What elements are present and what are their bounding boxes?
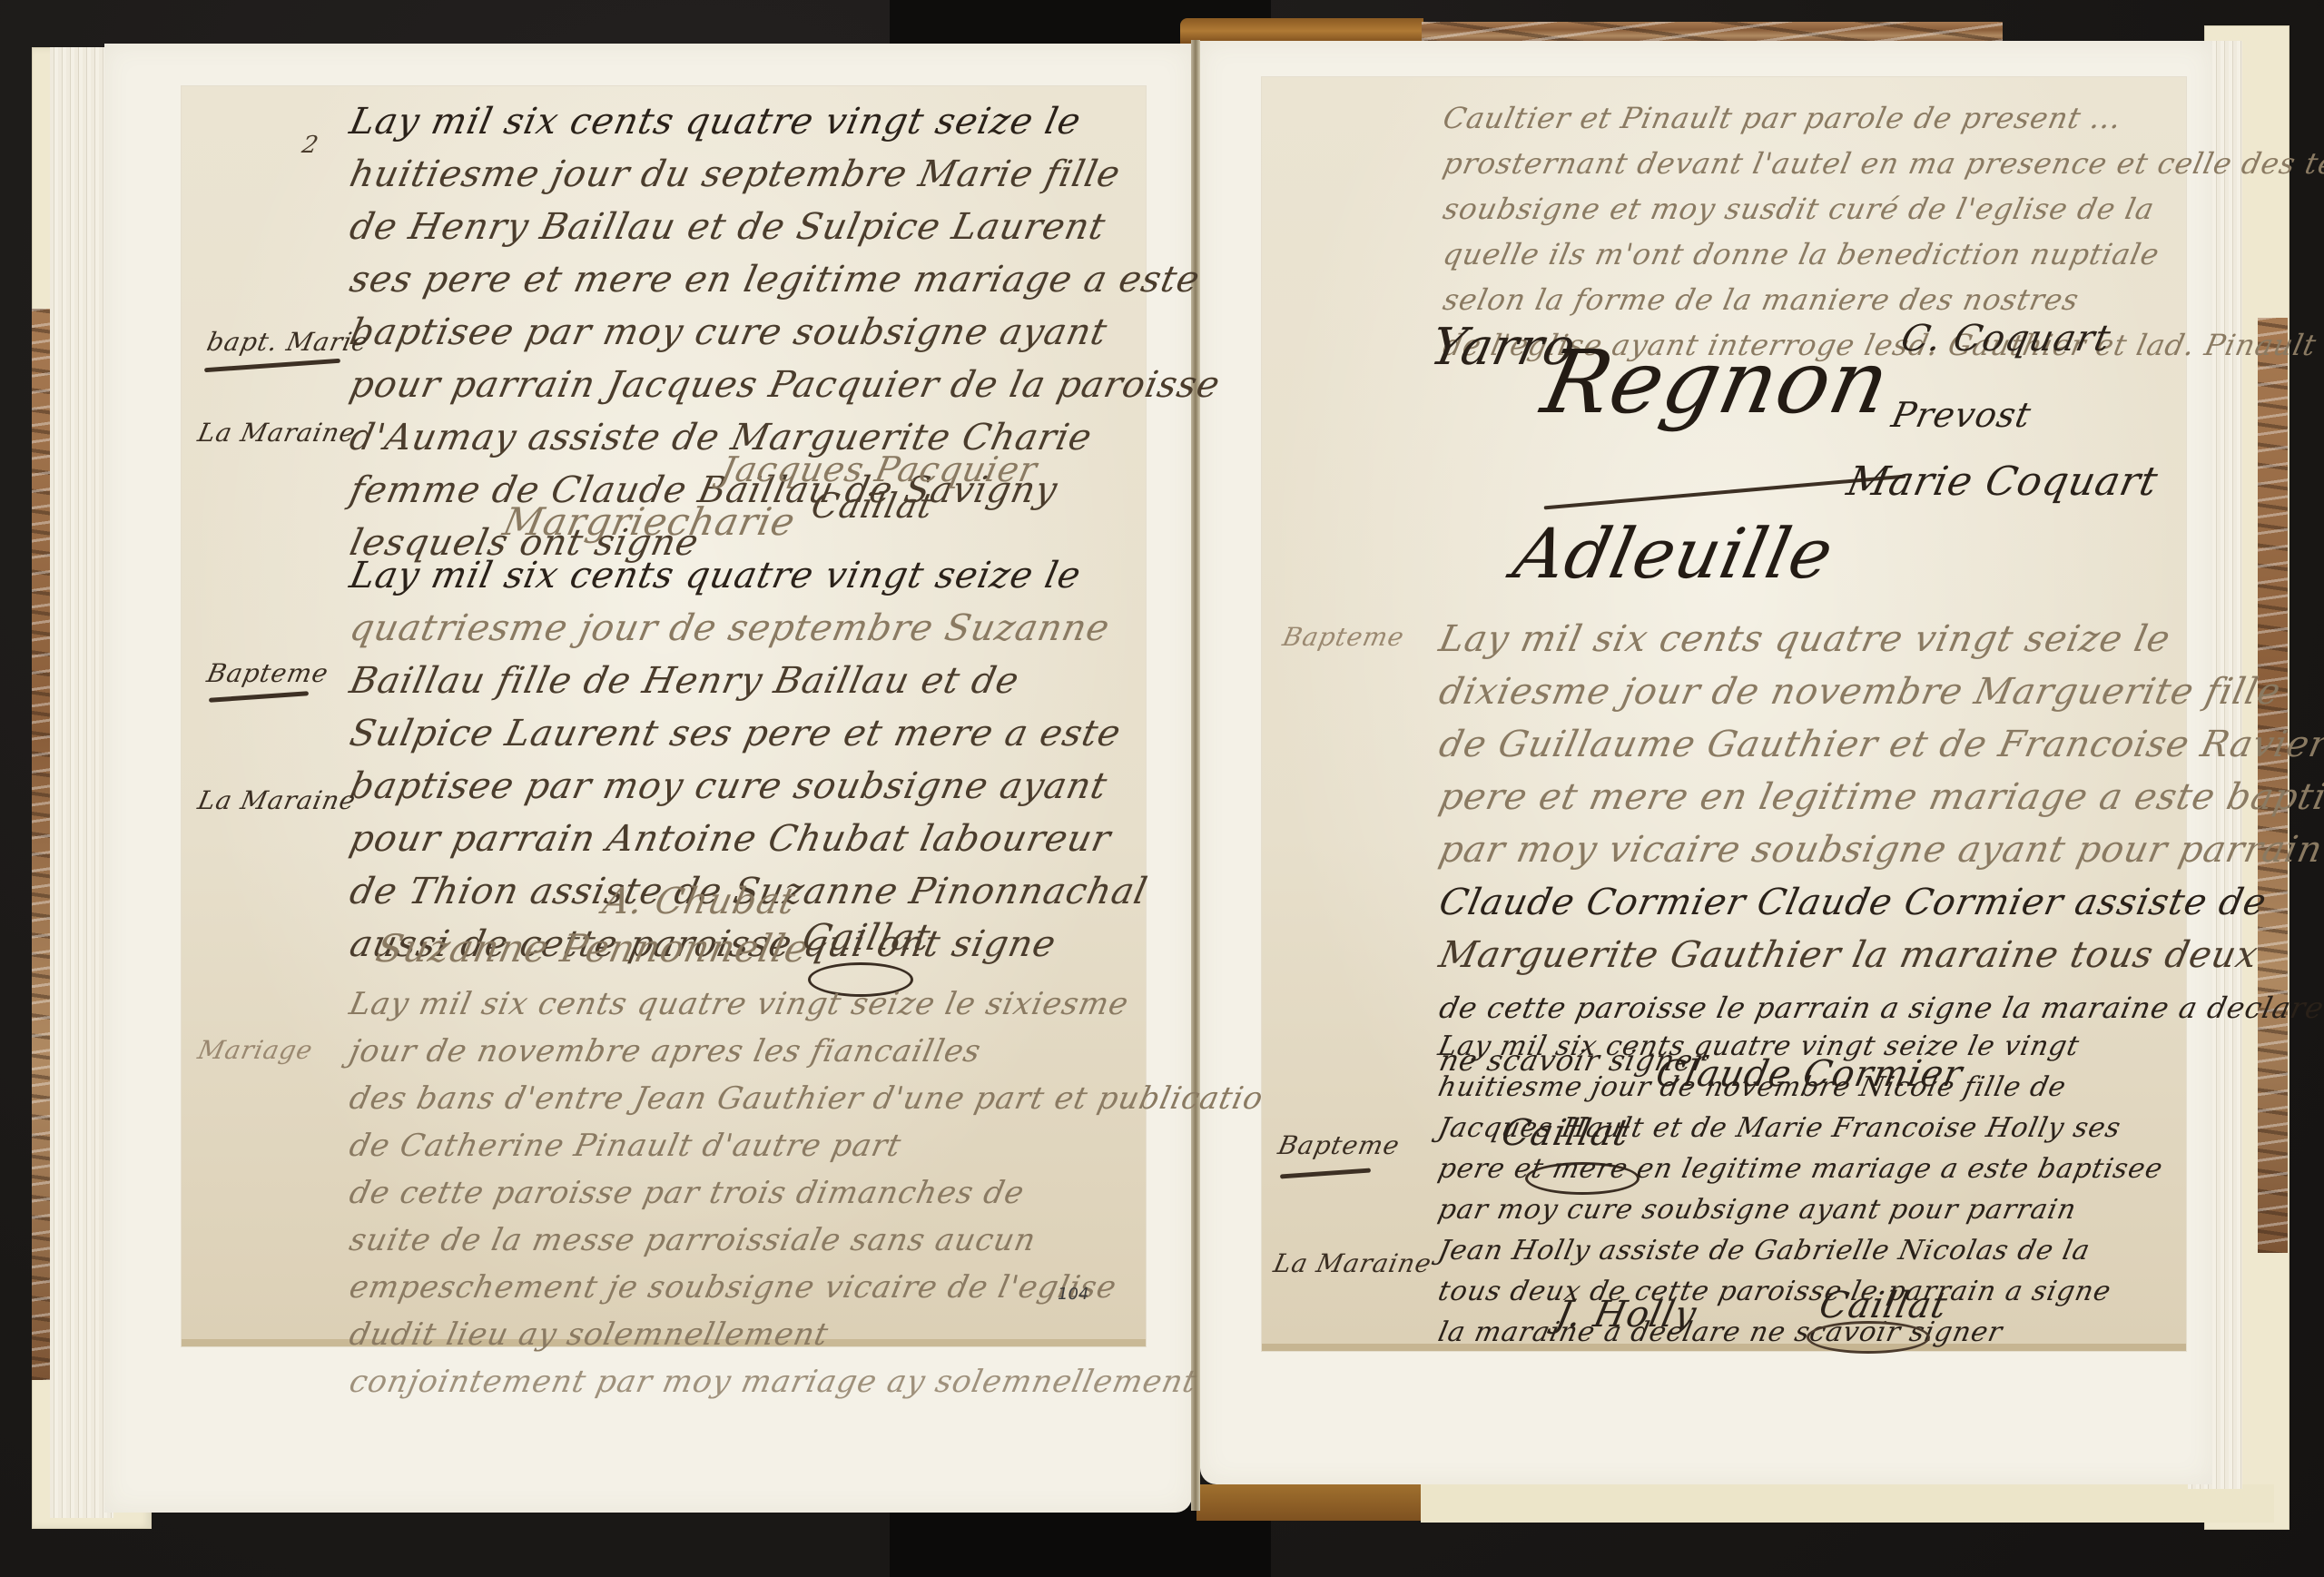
- entry-line: Lay mil six cents quatre vingt seize le: [345, 549, 1153, 602]
- entry-line: conjointement par moy mariage ay solemne…: [345, 1358, 1289, 1405]
- signature-paraph: [1807, 1321, 1930, 1354]
- entry-line: Lay mil six cents quatre vingt seize le: [345, 95, 1226, 148]
- entry-line: dudit lieu ay solemnellement: [345, 1311, 1289, 1358]
- leather-spine-bottom: [1196, 1484, 1423, 1521]
- entry-line: la maraine a declare ne scavoir signer: [1434, 1312, 2167, 1353]
- entry-line: Claude Cormier Claude Cormier assiste de: [1434, 876, 2324, 929]
- signature: Caillat: [808, 486, 937, 526]
- entry-line: de Henry Baillau et de Sulpice Laurent: [345, 201, 1226, 253]
- left-entry-3: Lay mil six cents quatre vingt seize le …: [345, 981, 1279, 1405]
- signature: Adleuille: [1507, 513, 1841, 594]
- signature: Suzanne Pennonnelle: [372, 926, 813, 971]
- margin-note: La Maraine: [1271, 1248, 1434, 1278]
- entry-line: de cette paroisse par trois dimanches de: [345, 1169, 1289, 1217]
- entry-line: soubsigne et moy susdit curé de l'eglise…: [1439, 186, 2324, 232]
- margin-note: La Maraine: [195, 418, 359, 448]
- entry-line: pour parrain Antoine Chubat laboureur: [345, 813, 1153, 865]
- entry-line: quatriesme jour de septembre Suzanne: [345, 602, 1153, 655]
- signature: Caillat: [1816, 1285, 1952, 1326]
- entry-line: pour parrain Jacques Pacquier de la paro…: [345, 359, 1226, 411]
- entry-line: par moy vicaire soubsigne ayant pour par…: [1434, 823, 2324, 876]
- entry-line: baptisee par moy cure soubsigne ayant: [345, 306, 1226, 359]
- signature: Margriecharie: [499, 499, 800, 544]
- signature: Prevost: [1888, 395, 2035, 435]
- entry-line: Lay mil six cents quatre vingt seize le …: [345, 981, 1289, 1028]
- entry-line: selon la forme de la maniere des nostres: [1439, 277, 2324, 322]
- folio-number: 104: [1058, 1285, 1088, 1304]
- entry-line: huitiesme jour de novembre Nicole fille …: [1434, 1067, 2167, 1108]
- signature: Caillat: [799, 917, 935, 959]
- entry-line: empeschement je soubsigne vicaire de l'e…: [345, 1264, 1289, 1311]
- cover-bottom-edge: [1421, 1484, 2274, 1523]
- entry-line: baptisee par moy cure soubsigne ayant: [345, 760, 1153, 813]
- entry-line: Marguerite Gauthier la maraine tous deux: [1434, 929, 2324, 981]
- entry-line: Lay mil six cents quatre vingt seize le: [1434, 613, 2324, 665]
- entry-line: des bans d'entre Jean Gauthier d'une par…: [345, 1075, 1289, 1122]
- entry-line: jour de novembre apres les fiancailles: [345, 1028, 1289, 1075]
- signature: C. Coquart: [1897, 318, 2114, 360]
- signature: Marie Coquart: [1843, 458, 2162, 505]
- signature: A. Chubat: [599, 881, 800, 922]
- entry-line: par moy cure soubsigne ayant pour parrai…: [1434, 1189, 2167, 1230]
- margin-underline: [204, 359, 340, 372]
- entry-line: dixiesme jour de novembre Marguerite fil…: [1434, 665, 2324, 718]
- margin-note: bapt. Marie: [204, 327, 371, 357]
- entry-line: prosternant devant l'autel en ma presenc…: [1439, 141, 2324, 186]
- right-entry-2: Lay mil six cents quatre vingt seize le …: [1434, 613, 2324, 1087]
- marbled-cover-top: [1422, 22, 2003, 42]
- entry-line: Lay mil six cents quatre vingt seize le …: [1434, 1026, 2167, 1067]
- entry-line: ses pere et mere en legitime mariage a e…: [345, 253, 1226, 306]
- margin-underline: [209, 691, 309, 703]
- entry-line: Sulpice Laurent ses pere et mere a este: [345, 707, 1153, 760]
- entry-line: suite de la messe parroissiale sans aucu…: [345, 1217, 1289, 1264]
- left-manuscript-sheet: 2 Lay mil six cents quatre vingt seize l…: [182, 86, 1146, 1346]
- signature: Jacques Pacquier: [717, 449, 1041, 489]
- entry-line: pere et mere en legitime mariage a este …: [1434, 1148, 2167, 1189]
- left-entry-1: Lay mil six cents quatre vingt seize le …: [345, 95, 1214, 569]
- entry-line: Caultier et Pinault par parole de presen…: [1439, 95, 2324, 141]
- margin-note: Bapteme: [1275, 1130, 1403, 1160]
- signature: J. Holly: [1552, 1294, 1700, 1336]
- entry-line: de Guillaume Gauthier et de Francoise Ra…: [1434, 718, 2324, 771]
- entry-line: tous deux de cette paroisse le parrain a…: [1434, 1271, 2167, 1312]
- entry-line: Jacques Hault et de Marie Francoise Holl…: [1434, 1108, 2167, 1148]
- entry-line: Jean Holly assiste de Gabrielle Nicolas …: [1434, 1230, 2167, 1271]
- right-entry-3: Lay mil six cents quatre vingt seize le …: [1434, 1026, 2158, 1353]
- entry-line: huitiesme jour du septembre Marie fille: [345, 148, 1226, 201]
- entry-line: Baillau fille de Henry Baillau et de: [345, 655, 1153, 707]
- signature: Regnon: [1534, 331, 1899, 433]
- entry-line: de Catherine Pinault d'autre part: [345, 1122, 1289, 1169]
- entry-line: pere et mere en legitime mariage a este …: [1434, 771, 2324, 823]
- margin-note: Mariage: [195, 1035, 316, 1065]
- margin-note: La Maraine: [195, 785, 359, 815]
- entry-line: quelle ils m'ont donne la benediction nu…: [1439, 232, 2324, 277]
- page-marker: 2: [300, 132, 321, 159]
- margin-note: Bapteme: [204, 658, 331, 688]
- margin-underline: [1280, 1168, 1371, 1179]
- right-manuscript-sheet: Caultier et Pinault par parole de presen…: [1262, 77, 2186, 1351]
- margin-note: Bapteme: [1280, 622, 1407, 652]
- leather-spine-top: [1180, 18, 1423, 44]
